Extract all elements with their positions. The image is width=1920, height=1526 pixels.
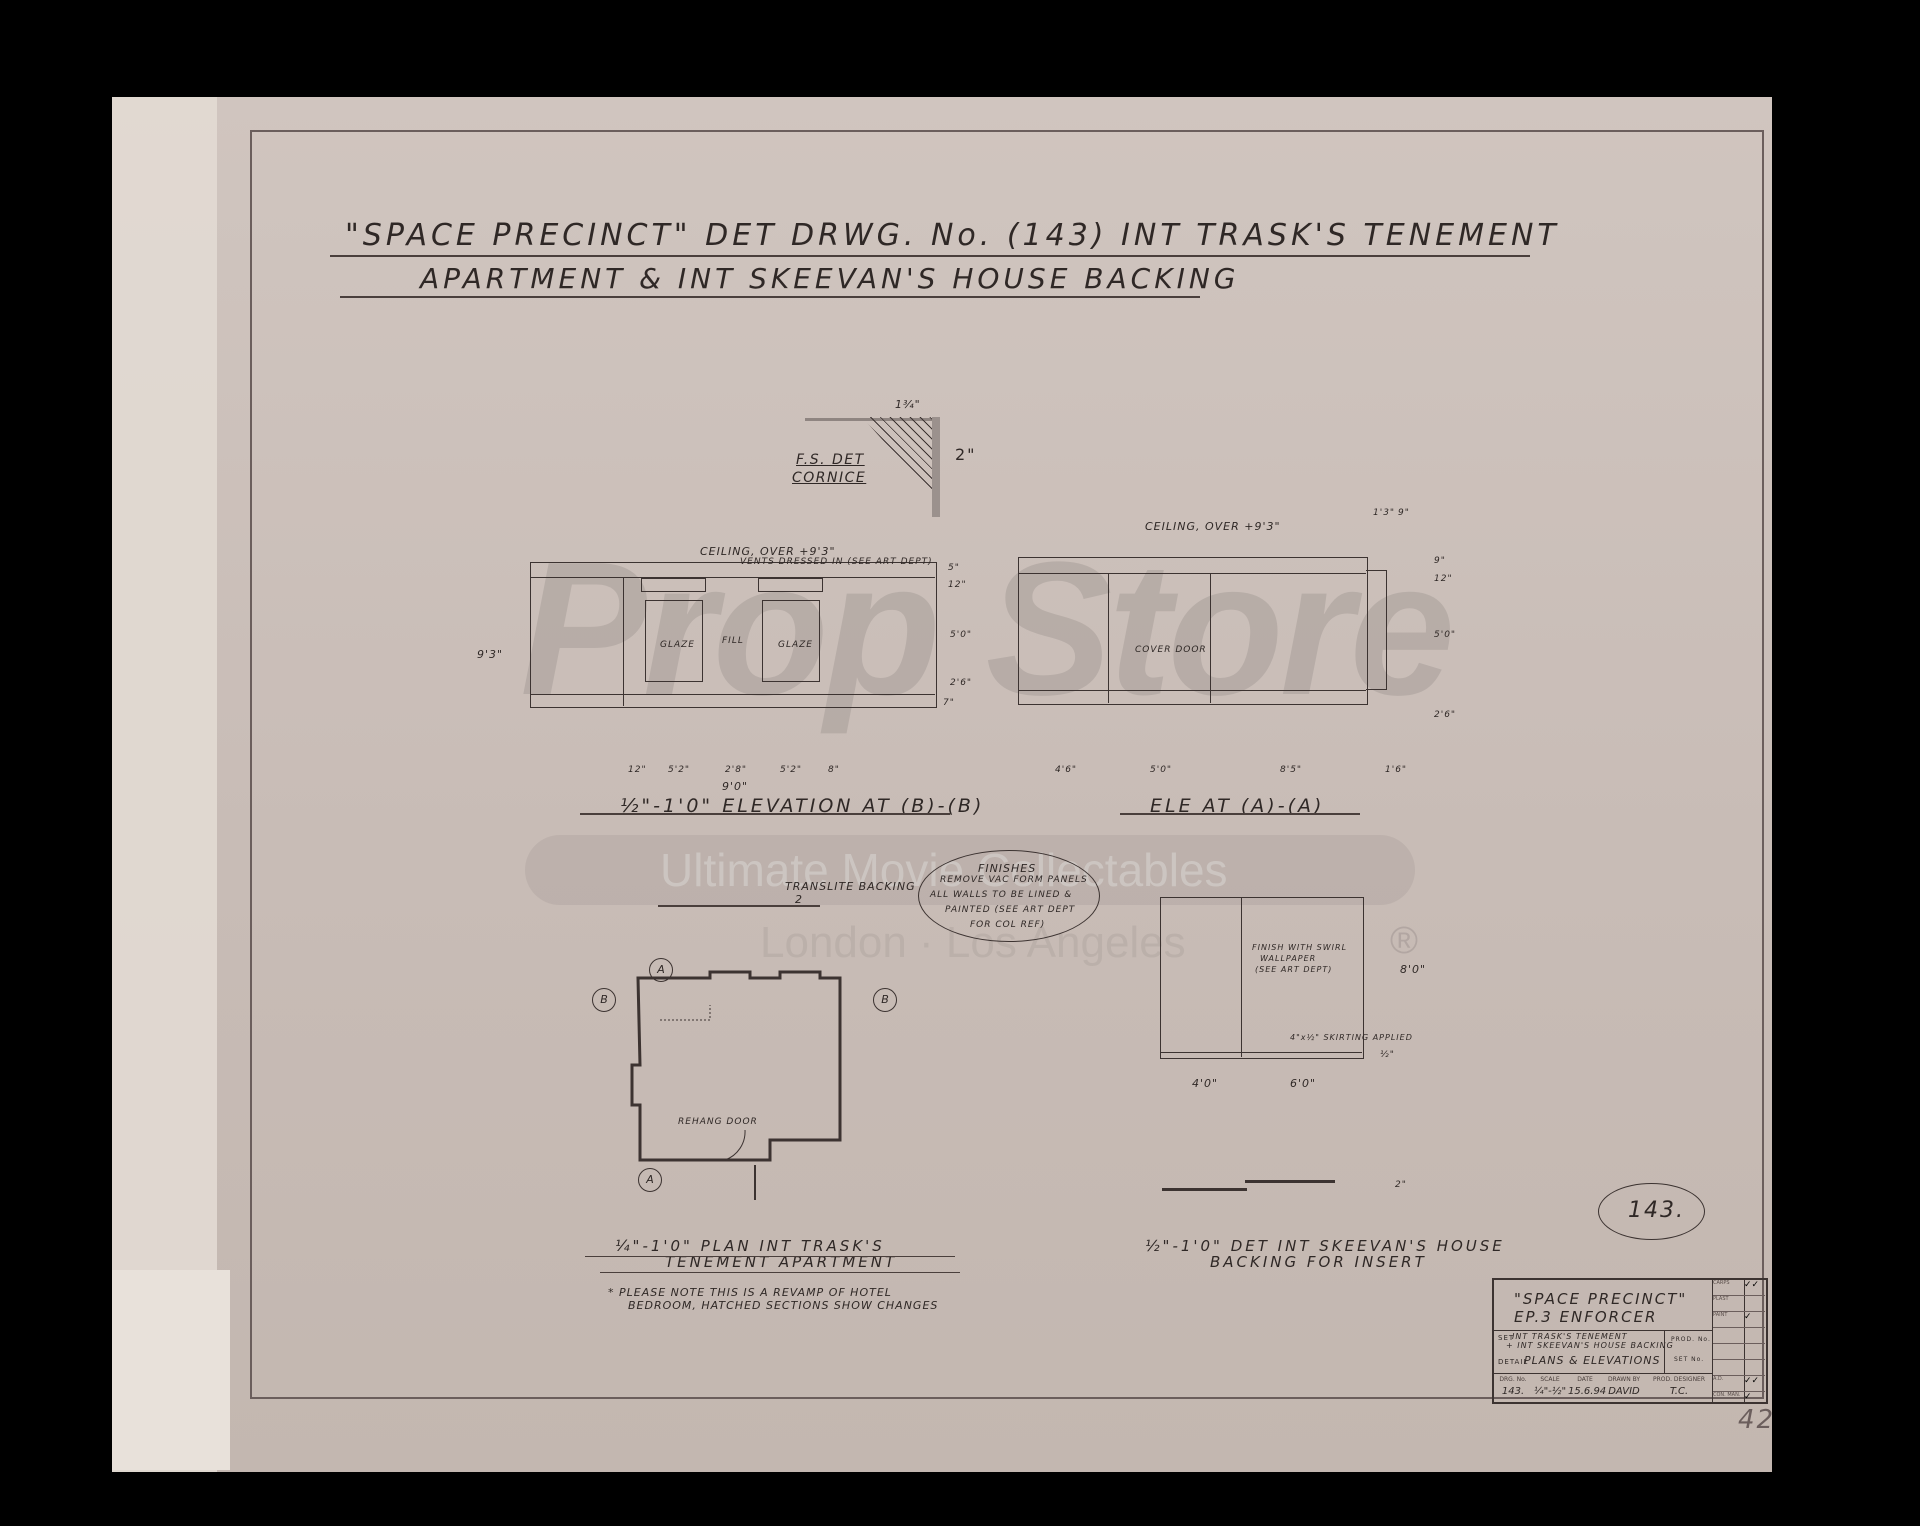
plan-note-1: * PLEASE NOTE THIS IS A REVAMP OF HOTEL bbox=[608, 1286, 892, 1299]
header-cell: SCALE bbox=[1532, 1376, 1568, 1383]
detail-value: PLANS & ELEVATIONS bbox=[1524, 1354, 1660, 1367]
dim: 5'0" bbox=[950, 630, 972, 640]
header-cell: PROD. DESIGNER bbox=[1646, 1376, 1712, 1383]
tb-divider bbox=[1494, 1373, 1712, 1374]
dim: 6'0" bbox=[1290, 1077, 1316, 1090]
drawing-title-line2: APARTMENT & INT SKEEVAN'S HOUSE BACKING bbox=[420, 262, 1239, 295]
value-cell: 15.6.94 bbox=[1568, 1386, 1602, 1397]
elevation-a-wall bbox=[1018, 557, 1368, 705]
dim: ½" bbox=[1380, 1050, 1395, 1060]
drawing-border bbox=[250, 130, 1764, 1399]
approval-checks: CARPS✓✓ PLAST PAINT✓ A.D.✓✓ CON. MAN.✓ bbox=[1713, 1280, 1765, 1407]
title-underline bbox=[330, 255, 1530, 257]
finishes-heading: FINISHES bbox=[978, 862, 1036, 875]
dim: 5'0" bbox=[1434, 630, 1456, 640]
dim: 12" bbox=[628, 765, 647, 775]
section-marker-a: A bbox=[638, 1168, 662, 1192]
dim: 2" bbox=[1395, 1180, 1407, 1190]
finishes-line: REMOVE VAC FORM PANELS bbox=[940, 875, 1088, 885]
elev-b-height-dim: 9'3" bbox=[477, 648, 503, 661]
panel-divider bbox=[623, 577, 624, 706]
cornice-label-2: CORNICE bbox=[792, 470, 866, 486]
value-cell: T.C. bbox=[1646, 1386, 1712, 1397]
value-cell: DAVID bbox=[1602, 1386, 1646, 1397]
dim: 12" bbox=[1434, 574, 1453, 584]
cornice-line bbox=[1018, 573, 1366, 574]
check-label: CARPS bbox=[1713, 1280, 1744, 1295]
watermark-registered: ® bbox=[1390, 920, 1418, 963]
section-marker-b: B bbox=[873, 988, 897, 1012]
rehang-door-note: REHANG DOOR bbox=[678, 1117, 758, 1127]
dim: 2'6" bbox=[950, 678, 972, 688]
glaze-label: GLAZE bbox=[778, 640, 813, 650]
finish-note: WALLPAPER bbox=[1260, 954, 1316, 963]
value-cell: ¼"-½" bbox=[1532, 1386, 1568, 1397]
drawing-title-line1: "SPACE PRECINCT" DET DRWG. No. (143) INT… bbox=[345, 218, 1560, 253]
paper-overlap-strip bbox=[112, 97, 217, 1472]
dim: 8'5" bbox=[1280, 765, 1302, 775]
corner-pencil-mark: 42 bbox=[1738, 1405, 1775, 1435]
skirting-note: 4"x½" SKIRTING APPLIED bbox=[1290, 1033, 1413, 1042]
title-underline bbox=[340, 296, 1200, 298]
glaze-label: GLAZE bbox=[660, 640, 695, 650]
skirting-line bbox=[530, 694, 935, 695]
dim: 7" bbox=[943, 698, 955, 708]
tb-divider bbox=[1494, 1330, 1712, 1331]
check-mark: ✓✓ bbox=[1744, 1376, 1759, 1391]
dim: 9" bbox=[1398, 508, 1410, 518]
set-line-1: INT TRASK'S TENEMENT bbox=[1512, 1332, 1628, 1341]
dim: 2'8" bbox=[725, 765, 747, 775]
door-jamb bbox=[1210, 573, 1211, 703]
dim: 8" bbox=[828, 765, 840, 775]
cornice-wall bbox=[932, 417, 940, 517]
set-line-2: + INT SKEEVAN'S HOUSE BACKING bbox=[1506, 1341, 1674, 1350]
dim: 12" bbox=[948, 580, 967, 590]
caption-underline bbox=[1120, 813, 1360, 815]
elev-b-vents-note: VENTS DRESSED IN (SEE ART DEPT) bbox=[740, 557, 933, 567]
dim: 9" bbox=[1434, 556, 1446, 566]
check-label bbox=[1713, 1344, 1744, 1359]
check-label bbox=[1713, 1328, 1744, 1343]
vent-right bbox=[758, 578, 823, 592]
backing-caption-2: BACKING FOR INSERT bbox=[1210, 1253, 1427, 1271]
translite-line bbox=[658, 905, 820, 907]
title-block-episode: EP.3 ENFORCER bbox=[1514, 1308, 1657, 1326]
dim: 5'2" bbox=[780, 765, 802, 775]
dim: 4'0" bbox=[1192, 1077, 1218, 1090]
check-label: A.D. bbox=[1713, 1376, 1744, 1391]
prod-no-label: PROD. No. bbox=[1671, 1336, 1711, 1343]
translite-label: TRANSLITE BACKING bbox=[785, 880, 916, 893]
section-marker-b: B bbox=[592, 988, 616, 1012]
dim: 4'6" bbox=[1055, 765, 1077, 775]
title-block-headers: DRG. No. SCALE DATE DRAWN BY PROD. DESIG… bbox=[1494, 1376, 1712, 1383]
title-block-show: "SPACE PRECINCT" bbox=[1514, 1290, 1687, 1308]
check-label: PAINT bbox=[1713, 1312, 1744, 1327]
plan-note-2: BEDROOM, HATCHED SECTIONS SHOW CHANGES bbox=[628, 1299, 938, 1312]
backing-step-upper bbox=[1162, 1188, 1247, 1191]
check-mark: ✓✓ bbox=[1744, 1280, 1759, 1295]
finish-note: (SEE ART DEPT) bbox=[1255, 965, 1332, 974]
title-block: "SPACE PRECINCT" EP.3 ENFORCER SET INT T… bbox=[1492, 1278, 1768, 1404]
vent-left bbox=[641, 578, 706, 592]
finishes-line: FOR COL REF) bbox=[970, 920, 1045, 930]
finish-note: FINISH WITH SWIRL bbox=[1252, 943, 1347, 952]
cornice-height-dim: 2" bbox=[955, 445, 977, 464]
title-block-values: 143. ¼"-½" 15.6.94 DAVID T.C. bbox=[1494, 1386, 1712, 1397]
header-cell: DRG. No. bbox=[1494, 1376, 1532, 1383]
check-label: PLAST bbox=[1713, 1296, 1744, 1311]
elevation-b-wall bbox=[530, 562, 937, 708]
dim: 2'6" bbox=[1434, 710, 1456, 720]
door-jamb bbox=[1108, 573, 1109, 703]
dim: 8'0" bbox=[1400, 963, 1426, 976]
cornice-width-dim: 1¾" bbox=[895, 398, 921, 411]
fill-label: FILL bbox=[722, 636, 744, 646]
tb-divider bbox=[1664, 1330, 1665, 1373]
skirting-line bbox=[1018, 690, 1366, 691]
dim: 5'0" bbox=[1150, 765, 1172, 775]
value-cell: 143. bbox=[1494, 1386, 1532, 1397]
set-no-label: SET No. bbox=[1674, 1356, 1704, 1363]
header-cell: DATE bbox=[1568, 1376, 1602, 1383]
caption-underline bbox=[585, 1256, 955, 1257]
dim: 1'6" bbox=[1385, 765, 1407, 775]
cornice-line bbox=[530, 577, 935, 578]
paper-corner-fold bbox=[112, 1270, 230, 1470]
cornice-label-1: F.S. DET bbox=[796, 452, 865, 468]
finishes-line: ALL WALLS TO BE LINED & bbox=[930, 890, 1072, 900]
panel-divider bbox=[1241, 897, 1242, 1057]
header-cell: DRAWN BY bbox=[1602, 1376, 1646, 1383]
dim: 5" bbox=[948, 563, 960, 573]
check-mark: ✓ bbox=[1744, 1312, 1752, 1327]
wall-return bbox=[1366, 570, 1387, 690]
backing-step-lower bbox=[1245, 1180, 1335, 1183]
finishes-line: PAINTED (SEE ART DEPT bbox=[945, 905, 1075, 915]
sheet-number: 143. bbox=[1628, 1198, 1685, 1223]
caption-underline bbox=[600, 1272, 960, 1273]
dim: 5'2" bbox=[668, 765, 690, 775]
overall-dim: 9'0" bbox=[722, 780, 748, 793]
dim: 1'3" bbox=[1373, 508, 1395, 518]
caption-underline bbox=[580, 813, 950, 815]
check-label bbox=[1713, 1360, 1744, 1375]
cover-door-label: COVER DOOR bbox=[1135, 645, 1207, 655]
elev-a-ceiling-note: CEILING, OVER +9'3" bbox=[1145, 520, 1281, 533]
skirting-line bbox=[1160, 1052, 1362, 1053]
floor-plan bbox=[600, 960, 900, 1200]
section-marker-a: A bbox=[649, 958, 673, 982]
